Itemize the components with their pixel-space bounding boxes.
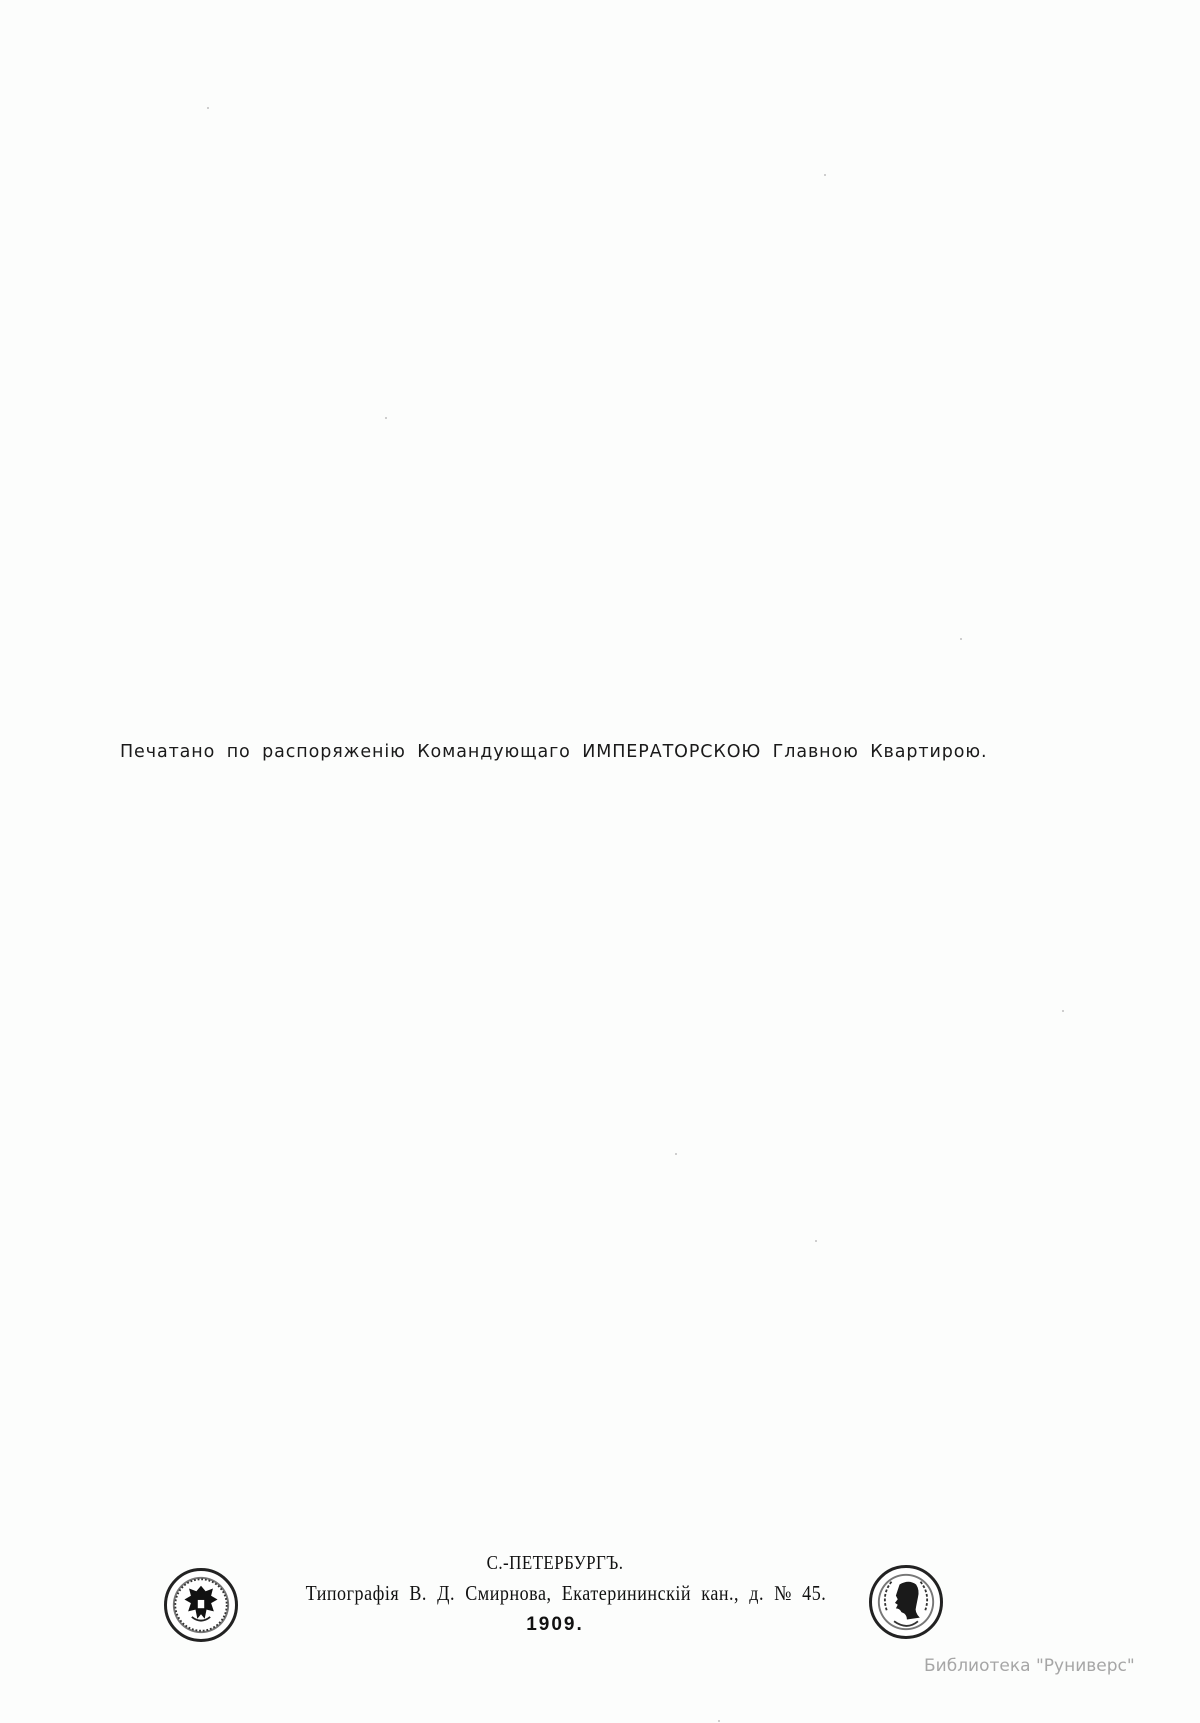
- publication-footer: С.-ПЕТЕРБУРГЪ. Типографія В. Д. Смирнова…: [265, 1550, 845, 1640]
- scan-speck: [207, 107, 209, 109]
- publication-city: С.-ПЕТЕРБУРГЪ.: [309, 1550, 802, 1576]
- imprint-statement: Печатано по распоряженію Командующаго ИМ…: [120, 742, 987, 762]
- double-headed-eagle-seal-icon: [164, 1568, 238, 1642]
- library-watermark: Библиотека "Руниверс": [924, 1656, 1135, 1676]
- scan-speck: [1062, 1010, 1064, 1012]
- printer-address: Типографія В. Д. Смирнова, Екатерининскі…: [306, 1576, 805, 1610]
- scan-speck: [385, 417, 387, 419]
- portrait-medallion-icon: [869, 1565, 943, 1639]
- scan-speck: [718, 1720, 720, 1722]
- publication-year: 1909.: [265, 1610, 845, 1640]
- scan-speck: [675, 1153, 677, 1155]
- scan-speck: [960, 638, 962, 640]
- scan-speck: [815, 1240, 817, 1242]
- scan-speck: [824, 174, 826, 176]
